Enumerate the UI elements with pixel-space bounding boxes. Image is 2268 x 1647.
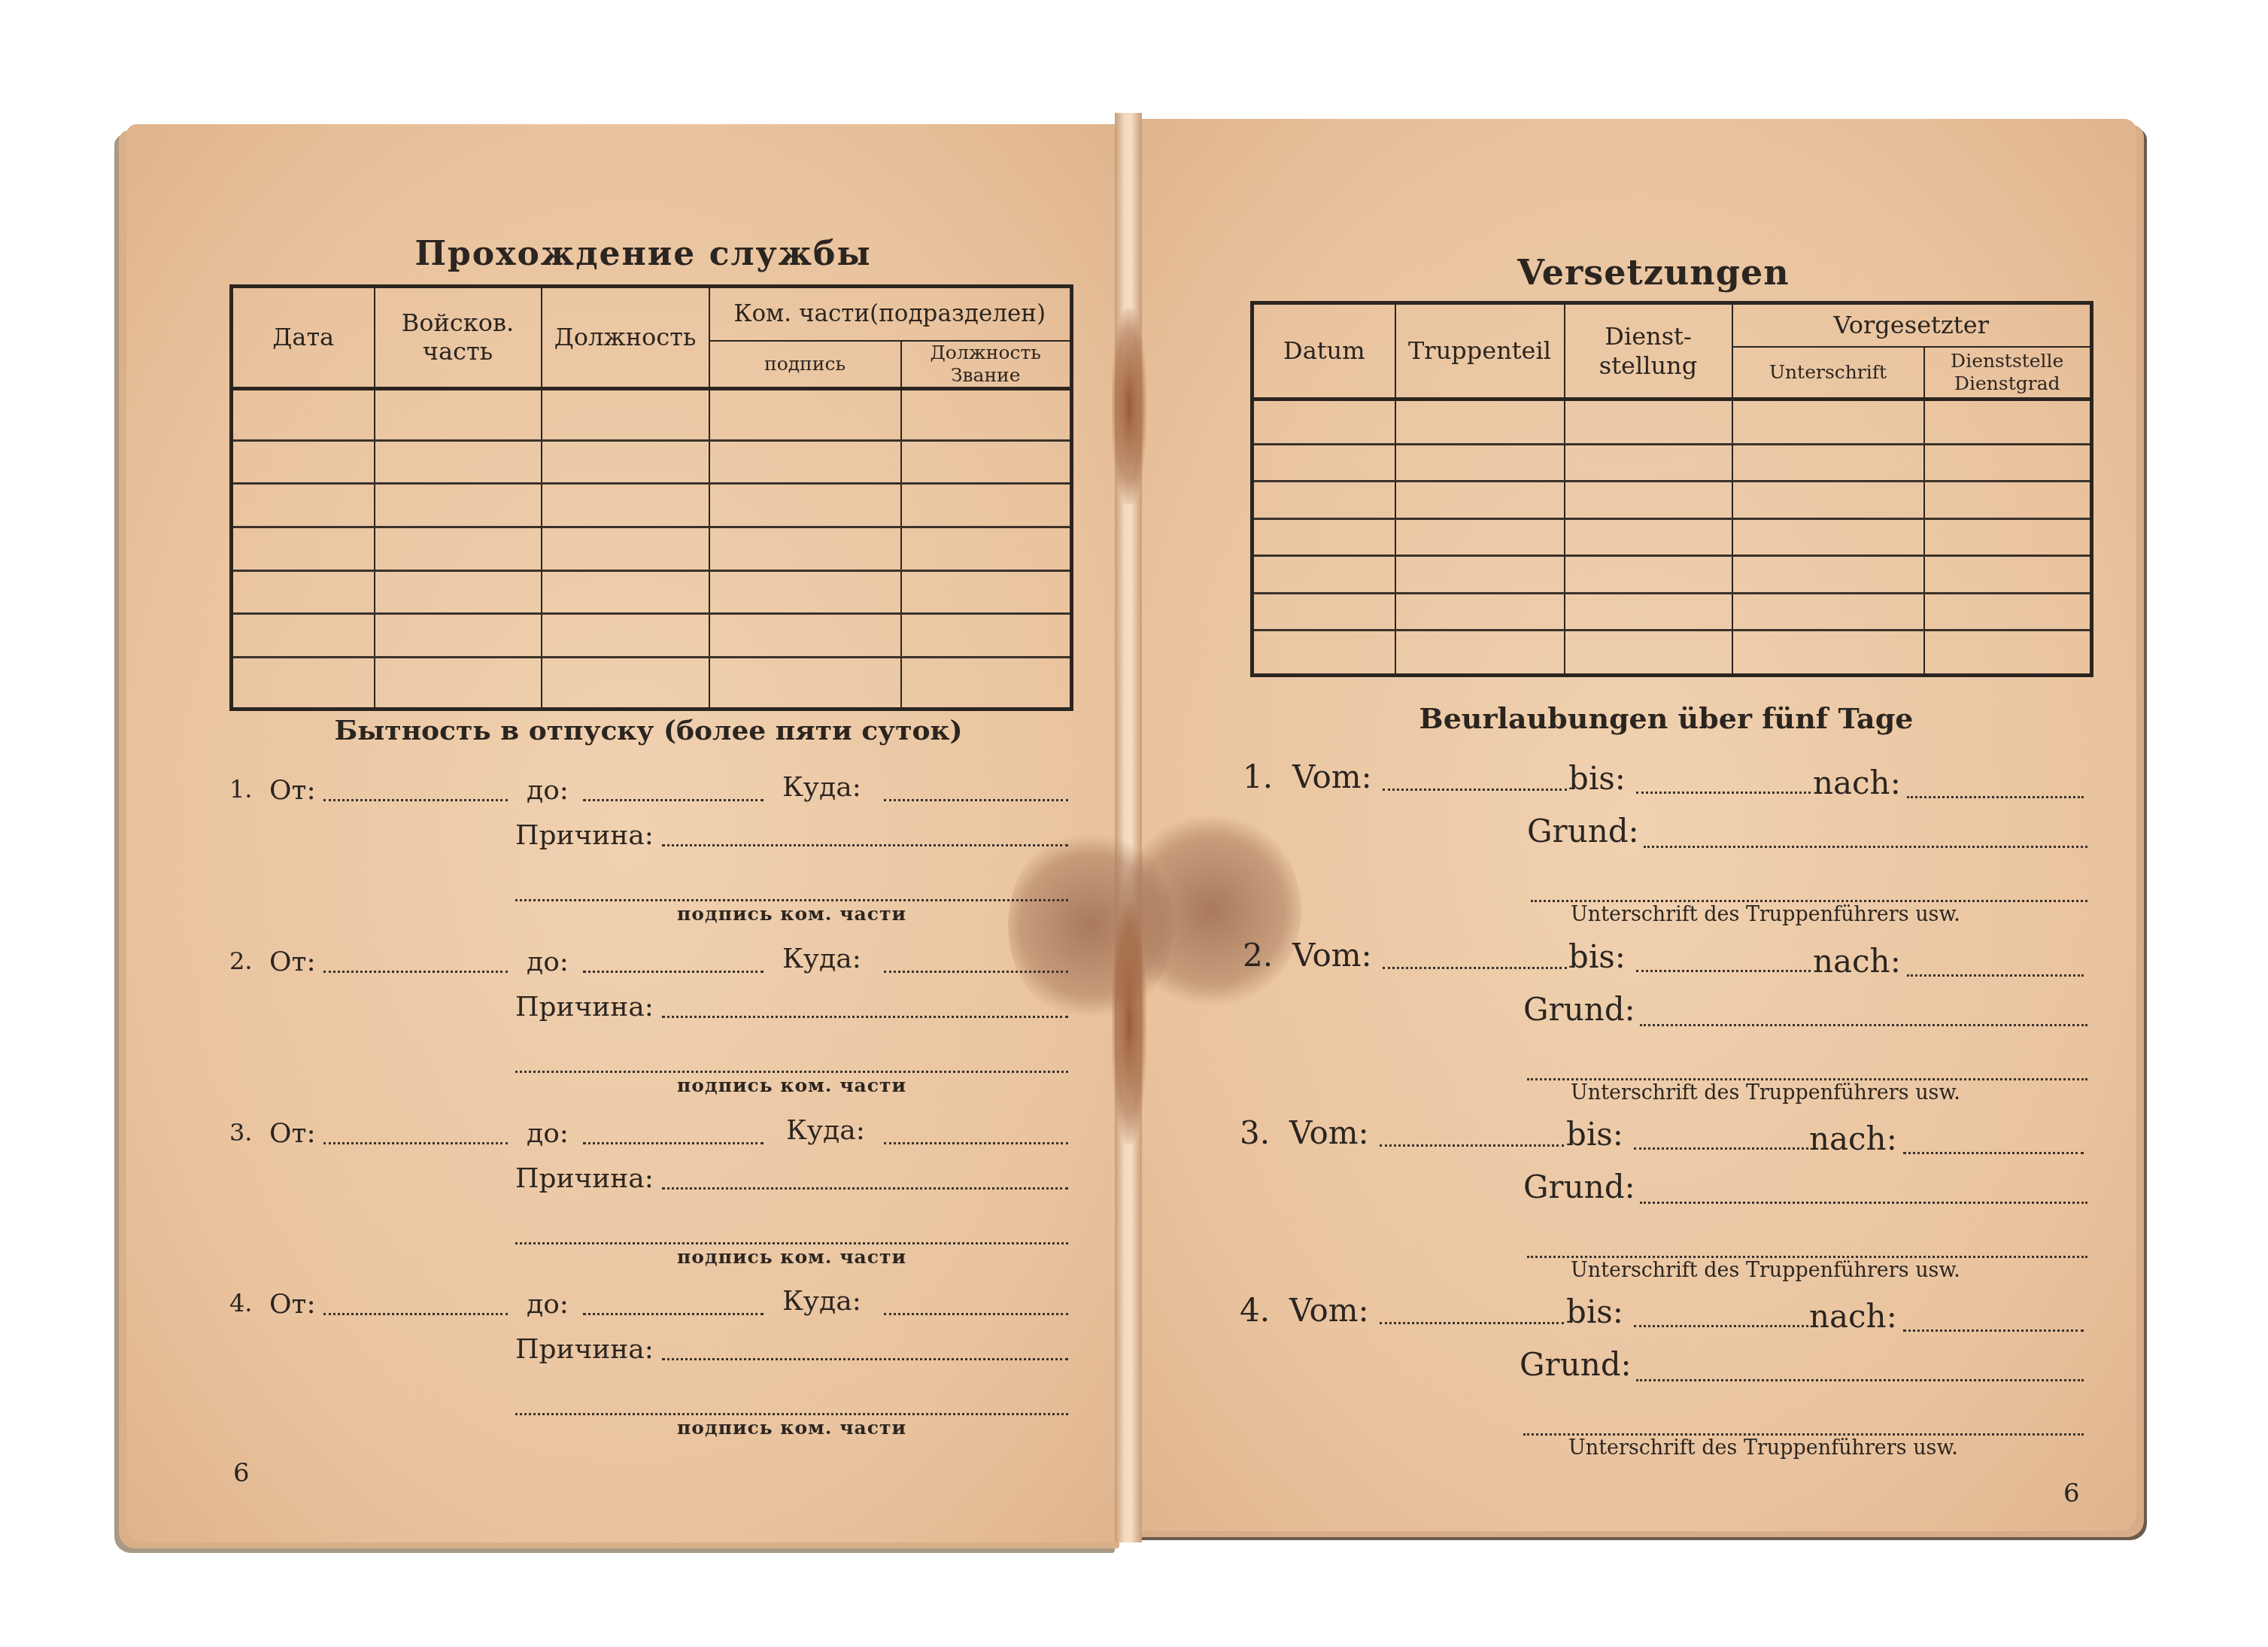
to-label: bis: xyxy=(1566,1293,1623,1330)
leave-section-heading-ru: Бытность в отпуску (более пяти суток) xyxy=(334,715,962,746)
where-field[interactable] xyxy=(1903,1152,2084,1154)
table-cell[interactable] xyxy=(1565,482,1732,519)
signature-caption: подпись ком. части xyxy=(677,1417,906,1439)
reason-label: Причина: xyxy=(515,820,654,851)
signature-caption: подпись ком. части xyxy=(677,1246,906,1268)
table-cell[interactable] xyxy=(1732,556,1924,594)
reason-field[interactable] xyxy=(1640,1202,2087,1204)
table-cell[interactable] xyxy=(1924,593,2092,631)
table-cell[interactable] xyxy=(1252,556,1395,594)
table-cell[interactable] xyxy=(1252,593,1395,631)
table-row xyxy=(232,388,1072,440)
from-field[interactable] xyxy=(1380,1144,1564,1147)
table-row xyxy=(1252,556,2092,594)
table-row xyxy=(1252,593,2092,631)
table-cell[interactable] xyxy=(542,657,709,709)
from-field[interactable] xyxy=(323,1142,508,1144)
table-cell[interactable] xyxy=(901,614,1072,658)
table-cell[interactable] xyxy=(232,570,375,614)
header-truppenteil: Truppenteil xyxy=(1395,303,1565,400)
table-cell[interactable] xyxy=(375,614,542,658)
where-field[interactable] xyxy=(884,1142,1068,1144)
reason-label: Причина: xyxy=(515,1334,654,1365)
where-field[interactable] xyxy=(1907,796,2084,798)
signature-caption: Unterschrift des Truppenführers usw. xyxy=(1571,903,1960,926)
where-label: nach: xyxy=(1809,1120,1897,1157)
where-label: Куда: xyxy=(782,1286,861,1317)
signature-caption: подпись ком. части xyxy=(677,1074,906,1096)
reason-label: Grund: xyxy=(1527,813,1639,849)
table-cell[interactable] xyxy=(901,388,1072,440)
table-cell[interactable] xyxy=(375,570,542,614)
where-label: Куда: xyxy=(786,1115,865,1146)
table-cell[interactable] xyxy=(1565,518,1732,556)
table-cell[interactable] xyxy=(1924,444,2092,482)
header-dienststelle-dienstgrad: DienststelleDienstgrad xyxy=(1924,347,2092,400)
where-field[interactable] xyxy=(884,799,1068,801)
table-cell[interactable] xyxy=(709,484,901,527)
table-cell[interactable] xyxy=(1395,482,1565,519)
header-position: Должность xyxy=(542,287,709,389)
from-field[interactable] xyxy=(1383,789,1567,791)
reason-label: Grund: xyxy=(1520,1346,1632,1383)
where-label: nach: xyxy=(1813,943,1901,980)
table-row xyxy=(232,527,1072,570)
to-label: bis: xyxy=(1566,1116,1623,1153)
to-field[interactable] xyxy=(583,799,764,801)
table-row xyxy=(1252,518,2092,556)
table-cell[interactable] xyxy=(1732,482,1924,519)
from-label: Vom: xyxy=(1289,1114,1369,1151)
table-cell[interactable] xyxy=(1732,593,1924,631)
table-cell[interactable] xyxy=(709,388,901,440)
from-field[interactable] xyxy=(1380,1322,1564,1324)
table-cell[interactable] xyxy=(1732,518,1924,556)
table-cell[interactable] xyxy=(1924,631,2092,676)
table-cell[interactable] xyxy=(1252,400,1395,445)
from-label: От: xyxy=(269,1118,316,1149)
from-label: От: xyxy=(269,947,316,977)
to-label: до: xyxy=(527,947,569,977)
table-cell[interactable] xyxy=(1395,444,1565,482)
table-cell[interactable] xyxy=(232,527,375,570)
table-cell[interactable] xyxy=(1565,556,1732,594)
table-cell[interactable] xyxy=(542,440,709,484)
from-field[interactable] xyxy=(323,971,508,973)
reason-label: Причина: xyxy=(515,1163,654,1194)
to-field[interactable] xyxy=(1636,970,1811,972)
signature-field[interactable] xyxy=(1527,1256,2087,1258)
table-cell[interactable] xyxy=(1395,400,1565,445)
reason-label: Grund: xyxy=(1523,991,1635,1028)
left-page-number: 6 xyxy=(233,1458,250,1488)
where-label: Куда: xyxy=(782,772,861,803)
where-field[interactable] xyxy=(884,971,1068,973)
table-cell[interactable] xyxy=(1395,556,1565,594)
entry-number: 3. xyxy=(229,1118,253,1147)
table-cell[interactable] xyxy=(542,484,709,527)
reason-label: Grund: xyxy=(1523,1168,1635,1205)
to-field[interactable] xyxy=(1636,792,1811,794)
table-cell[interactable] xyxy=(232,614,375,658)
transfers-table: Datum Truppenteil Dienst-stellung Vorges… xyxy=(1250,301,2093,677)
table-cell[interactable] xyxy=(901,657,1072,709)
table-cell[interactable] xyxy=(1732,444,1924,482)
right-page-title: Versetzungen xyxy=(1517,252,1789,293)
to-label: до: xyxy=(527,1289,569,1320)
reason-field[interactable] xyxy=(662,1016,1068,1018)
header-position-rank: ДолжностьЗвание xyxy=(901,341,1072,389)
table-row xyxy=(1252,631,2092,676)
entry-number: 4. xyxy=(229,1289,253,1317)
table-cell[interactable] xyxy=(709,570,901,614)
entry-number: 1. xyxy=(1243,758,1273,795)
rust-stain-top xyxy=(1112,308,1146,504)
table-cell[interactable] xyxy=(901,484,1072,527)
where-label: nach: xyxy=(1809,1298,1897,1335)
entry-number: 3. xyxy=(1240,1114,1270,1151)
table-row xyxy=(1252,482,2092,519)
entry-number: 2. xyxy=(1243,937,1273,974)
to-label: до: xyxy=(527,775,569,806)
table-cell[interactable] xyxy=(232,440,375,484)
table-cell[interactable] xyxy=(1924,400,2092,445)
table-cell[interactable] xyxy=(901,440,1072,484)
right-page-number: 6 xyxy=(2063,1478,2080,1509)
table-cell[interactable] xyxy=(1395,518,1565,556)
table-row xyxy=(232,614,1072,658)
reason-field[interactable] xyxy=(662,1358,1068,1360)
leave-section-heading-de: Beurlaubungen über fünf Tage xyxy=(1419,701,1914,735)
from-label: Vom: xyxy=(1292,758,1372,795)
table-cell[interactable] xyxy=(709,614,901,658)
table-row xyxy=(232,657,1072,709)
table-cell[interactable] xyxy=(1732,631,1924,676)
table-cell[interactable] xyxy=(1565,631,1732,676)
table-cell[interactable] xyxy=(1252,631,1395,676)
where-field[interactable] xyxy=(1907,974,2084,977)
to-field[interactable] xyxy=(1634,1325,1808,1327)
table-row xyxy=(1252,444,2092,482)
entry-number: 4. xyxy=(1240,1292,1270,1329)
table-cell[interactable] xyxy=(375,657,542,709)
header-unterschrift: Unterschrift xyxy=(1732,347,1924,400)
table-cell[interactable] xyxy=(1252,444,1395,482)
signature-field[interactable] xyxy=(515,899,1068,901)
table-cell[interactable] xyxy=(232,657,375,709)
table-cell[interactable] xyxy=(1252,518,1395,556)
table-cell[interactable] xyxy=(542,527,709,570)
header-military-unit: Войсков.часть xyxy=(375,287,542,389)
from-label: От: xyxy=(269,1289,316,1320)
header-date: Дата xyxy=(232,287,375,389)
table-cell[interactable] xyxy=(1252,482,1395,519)
signature-field[interactable] xyxy=(515,1242,1068,1244)
reason-field[interactable] xyxy=(1636,1379,2084,1381)
signature-field[interactable] xyxy=(515,1071,1068,1073)
table-cell[interactable] xyxy=(232,484,375,527)
reason-field[interactable] xyxy=(1640,1024,2087,1026)
table-cell[interactable] xyxy=(1732,400,1924,445)
signature-field[interactable] xyxy=(1527,1078,2087,1080)
from-field[interactable] xyxy=(323,799,508,801)
to-field[interactable] xyxy=(583,1313,764,1315)
table-cell[interactable] xyxy=(232,388,375,440)
table-row xyxy=(232,440,1072,484)
table-cell[interactable] xyxy=(1395,631,1565,676)
header-datum: Datum xyxy=(1252,303,1395,400)
table-cell[interactable] xyxy=(901,527,1072,570)
table-cell[interactable] xyxy=(1565,444,1732,482)
header-signature: подпись xyxy=(709,341,901,389)
left-page-title: Прохождение службы xyxy=(414,235,871,273)
table-cell[interactable] xyxy=(1565,400,1732,445)
table-cell[interactable] xyxy=(1924,556,2092,594)
where-field[interactable] xyxy=(884,1313,1068,1315)
to-label: до: xyxy=(527,1118,569,1149)
to-label: bis: xyxy=(1568,938,1626,975)
table-cell[interactable] xyxy=(375,484,542,527)
where-label: nach: xyxy=(1813,764,1901,801)
table-cell[interactable] xyxy=(375,440,542,484)
signature-field[interactable] xyxy=(1531,900,2087,902)
reason-field[interactable] xyxy=(662,844,1068,846)
header-unit-commander-group: Ком. части(подразделен) xyxy=(709,287,1072,341)
table-cell[interactable] xyxy=(901,570,1072,614)
to-label: bis: xyxy=(1568,760,1626,797)
table-cell[interactable] xyxy=(709,440,901,484)
signature-caption: Unterschrift des Truppenführers usw. xyxy=(1571,1081,1960,1105)
to-field[interactable] xyxy=(1634,1147,1808,1150)
from-label: Vom: xyxy=(1289,1292,1369,1329)
table-row xyxy=(232,484,1072,527)
reason-field[interactable] xyxy=(662,1187,1068,1190)
table-cell[interactable] xyxy=(1924,518,2092,556)
header-vorgesetzter-group: Vorgesetzter xyxy=(1732,303,2092,347)
service-record-table: Дата Войсков.часть Должность Ком. части(… xyxy=(229,284,1073,711)
signature-field[interactable] xyxy=(1523,1433,2084,1436)
where-label: Куда: xyxy=(782,944,861,974)
table-row xyxy=(232,570,1072,614)
table-cell[interactable] xyxy=(375,527,542,570)
table-cell[interactable] xyxy=(1924,482,2092,519)
table-cell[interactable] xyxy=(1565,593,1732,631)
to-field[interactable] xyxy=(583,971,764,973)
from-field[interactable] xyxy=(323,1313,508,1315)
reason-field[interactable] xyxy=(1644,846,2087,848)
entry-number: 1. xyxy=(229,775,253,804)
signature-caption: Unterschrift des Truppenführers usw. xyxy=(1571,1259,1960,1282)
table-cell[interactable] xyxy=(1395,593,1565,631)
to-field[interactable] xyxy=(583,1142,764,1144)
table-row xyxy=(1252,400,2092,445)
entry-number: 2. xyxy=(229,947,253,975)
table-cell[interactable] xyxy=(709,657,901,709)
table-cell[interactable] xyxy=(542,614,709,658)
signature-caption: подпись ком. части xyxy=(677,903,906,925)
header-dienststellung: Dienst-stellung xyxy=(1565,303,1732,400)
table-cell[interactable] xyxy=(375,388,542,440)
reason-label: Причина: xyxy=(515,992,654,1023)
table-cell[interactable] xyxy=(542,570,709,614)
from-label: От: xyxy=(269,775,316,806)
stain-right xyxy=(1121,813,1301,1008)
from-label: Vom: xyxy=(1292,937,1372,974)
table-cell[interactable] xyxy=(709,527,901,570)
table-cell[interactable] xyxy=(542,388,709,440)
rust-stain-bottom xyxy=(1112,903,1146,1144)
signature-caption: Unterschrift des Truppenführers usw. xyxy=(1568,1436,1958,1460)
from-field[interactable] xyxy=(1383,967,1567,969)
signature-field[interactable] xyxy=(515,1413,1068,1415)
where-field[interactable] xyxy=(1903,1329,2084,1332)
